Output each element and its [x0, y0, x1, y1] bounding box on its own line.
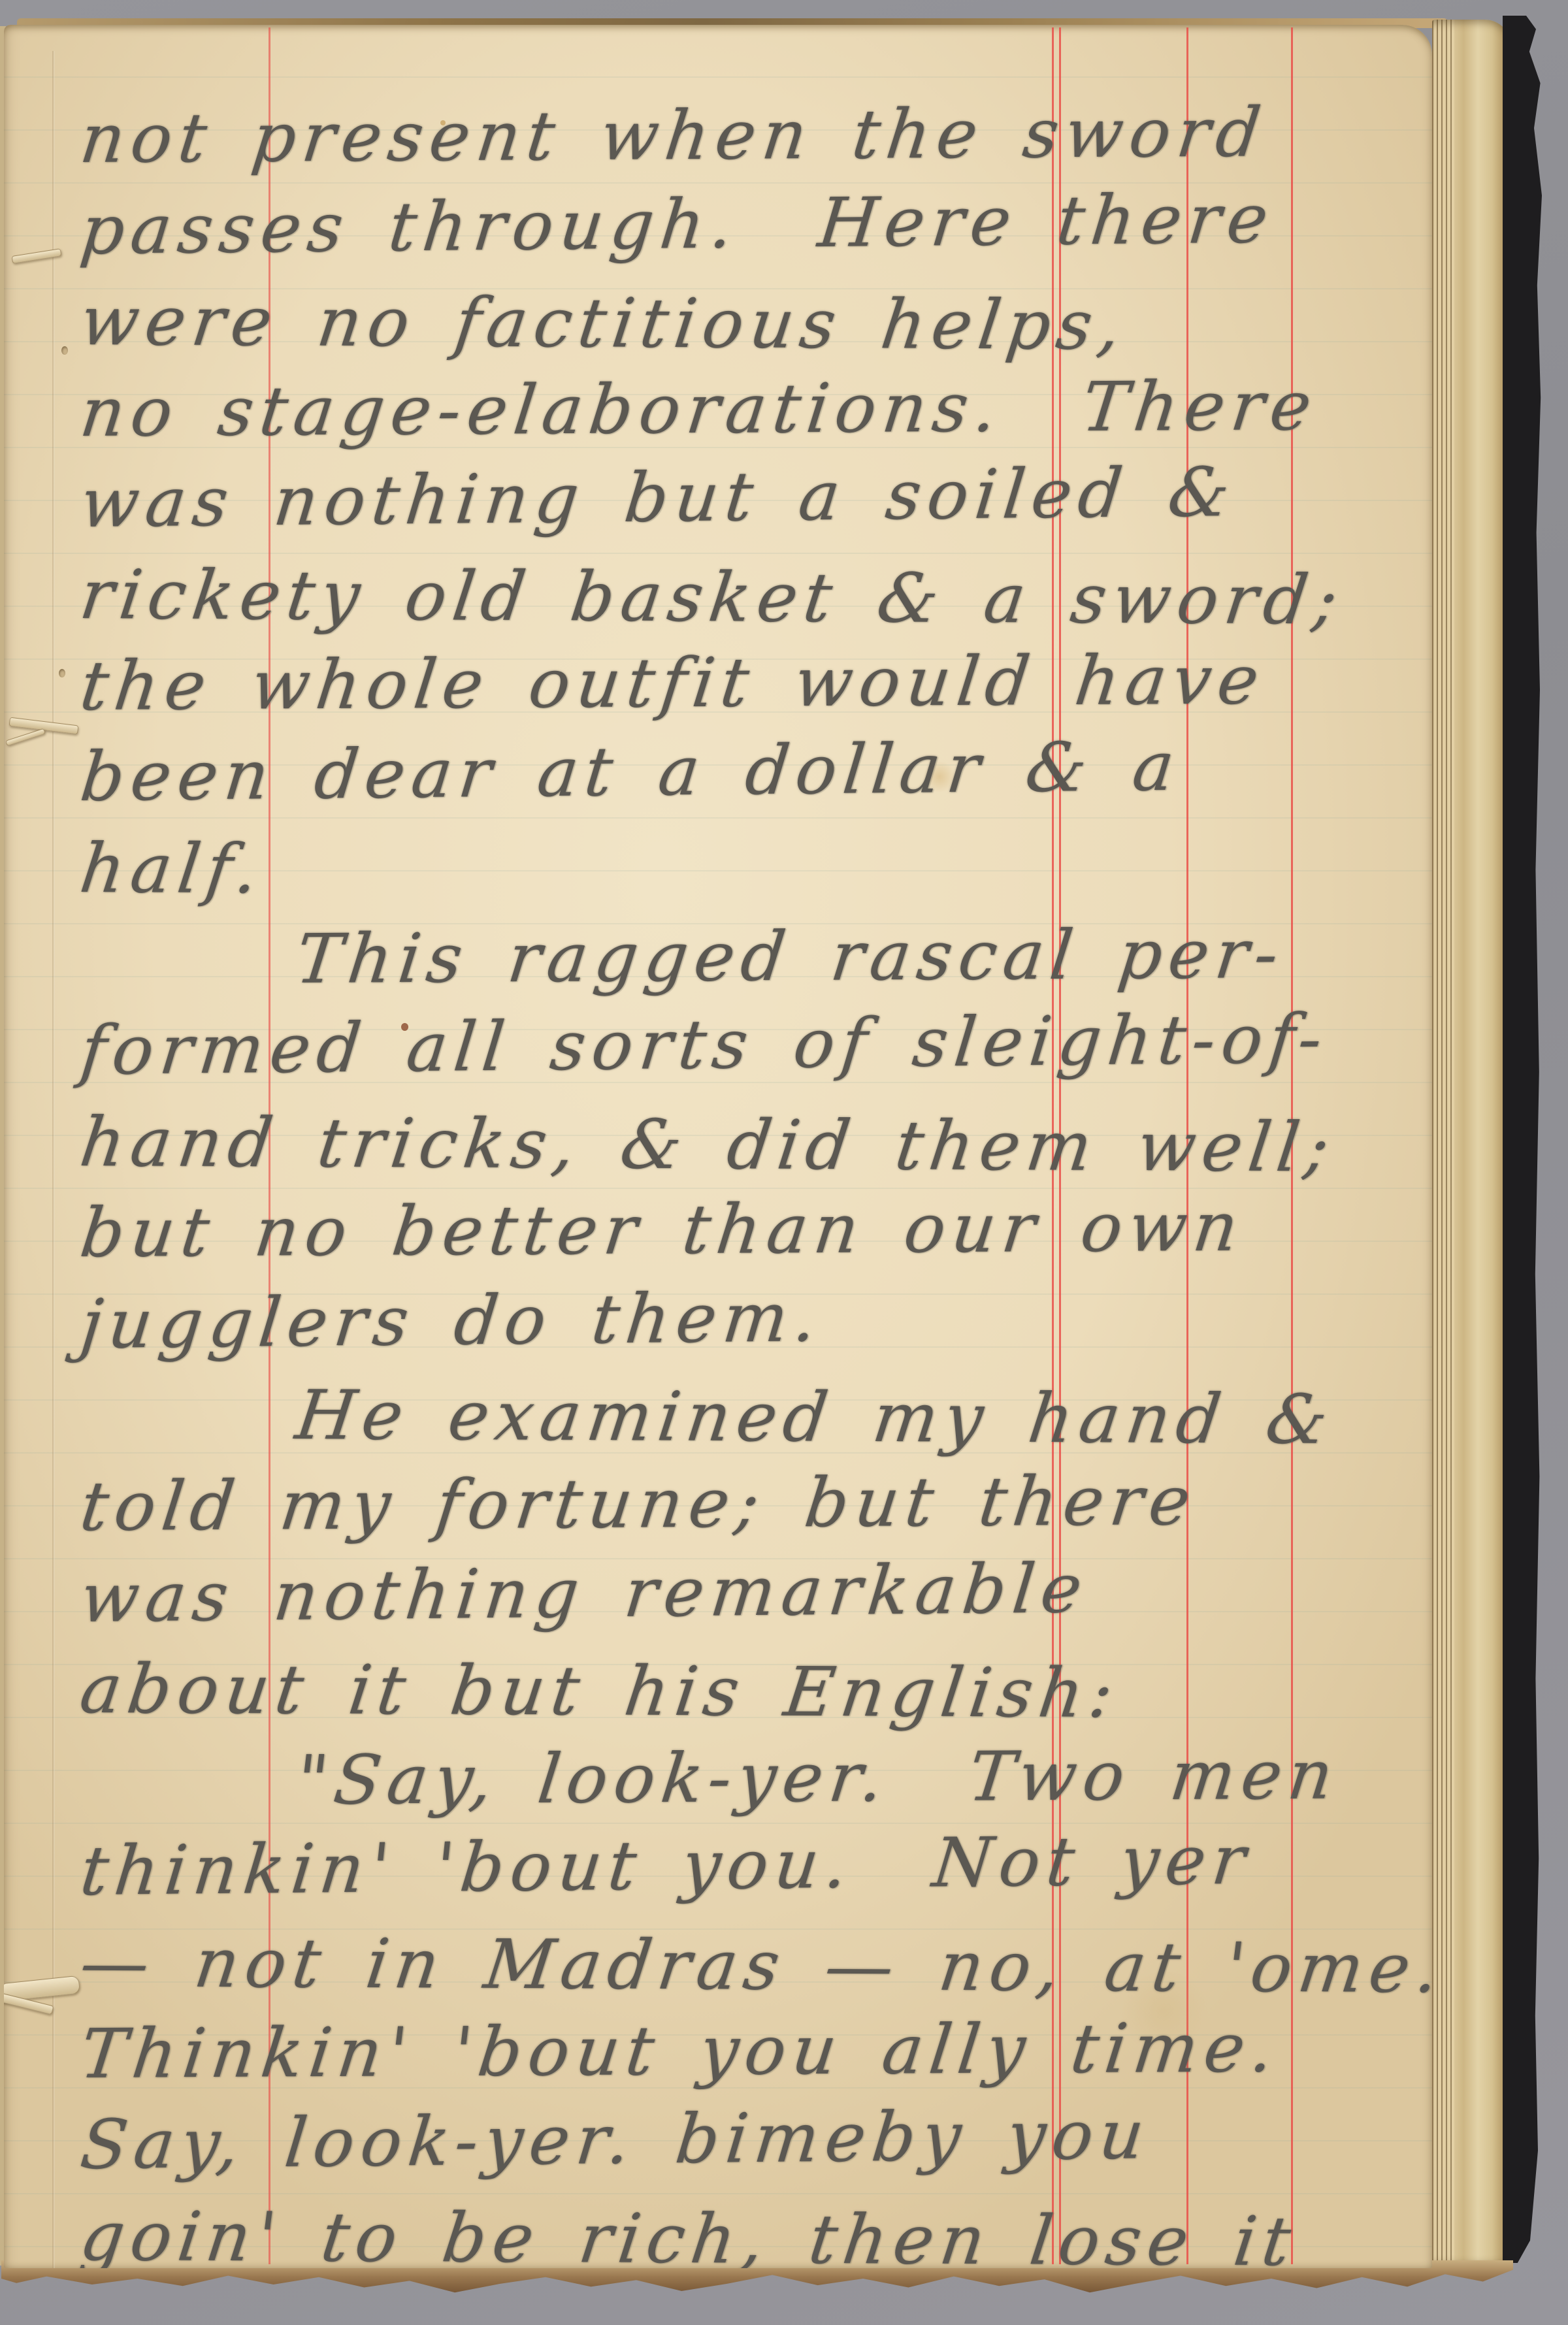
handwritten-line: rickety old basket & a sword;	[75, 549, 1349, 645]
handwritten-line: not present when the sword	[76, 87, 1272, 184]
handwritten-line: Say, look-yer. bimeby you	[76, 2089, 1155, 2190]
handwritten-line: — not in Madras — no, at 'ome.	[75, 1917, 1432, 2014]
page-stack-fore-edge	[1432, 20, 1512, 2264]
handwritten-line: jugglers do them.	[76, 1271, 827, 1370]
handwritten-line: passes through. Here there	[76, 172, 1279, 276]
handwritten-line: told my fortune; but there	[76, 1455, 1201, 1552]
handwritten-line: was nothing remarkable	[76, 1542, 1093, 1644]
book-cover-edge	[1503, 16, 1542, 2263]
handwritten-line: He examined my hand &	[291, 1369, 1339, 1465]
manuscript-text: not present when the swordpasses through…	[4, 25, 1432, 2268]
handwritten-line: but no better than our own	[76, 1181, 1249, 1278]
handwritten-line: "Say, look-yer. Two men	[291, 1729, 1345, 1826]
handwritten-line: been dear at a dollar & a	[76, 721, 1185, 822]
handwritten-line: half.	[75, 822, 270, 915]
handwritten-line: thinkin' 'bout you. Not yer	[76, 1814, 1256, 1917]
handwritten-line: hand tricks, & did them well;	[75, 1096, 1341, 1193]
handwritten-line: goin' to be rich, then lose it	[75, 2190, 1302, 2268]
handwritten-line: Thinkin' 'bout you ally time.	[76, 2002, 1285, 2100]
handwritten-line: the whole outfit would have	[76, 634, 1270, 732]
handwritten-line: This ragged rascal per-	[291, 908, 1290, 1005]
handwritten-line: formed all sorts of sleight-of-	[76, 993, 1333, 1096]
handwritten-line: was nothing but a soiled &	[76, 446, 1241, 549]
handwritten-line: were no factitious helps,	[75, 275, 1132, 371]
handwritten-line: about it but his English:	[75, 1643, 1125, 1739]
handwritten-line: no stage-elaborations. There	[76, 360, 1323, 458]
notebook-page: not present when the swordpasses through…	[4, 25, 1432, 2268]
